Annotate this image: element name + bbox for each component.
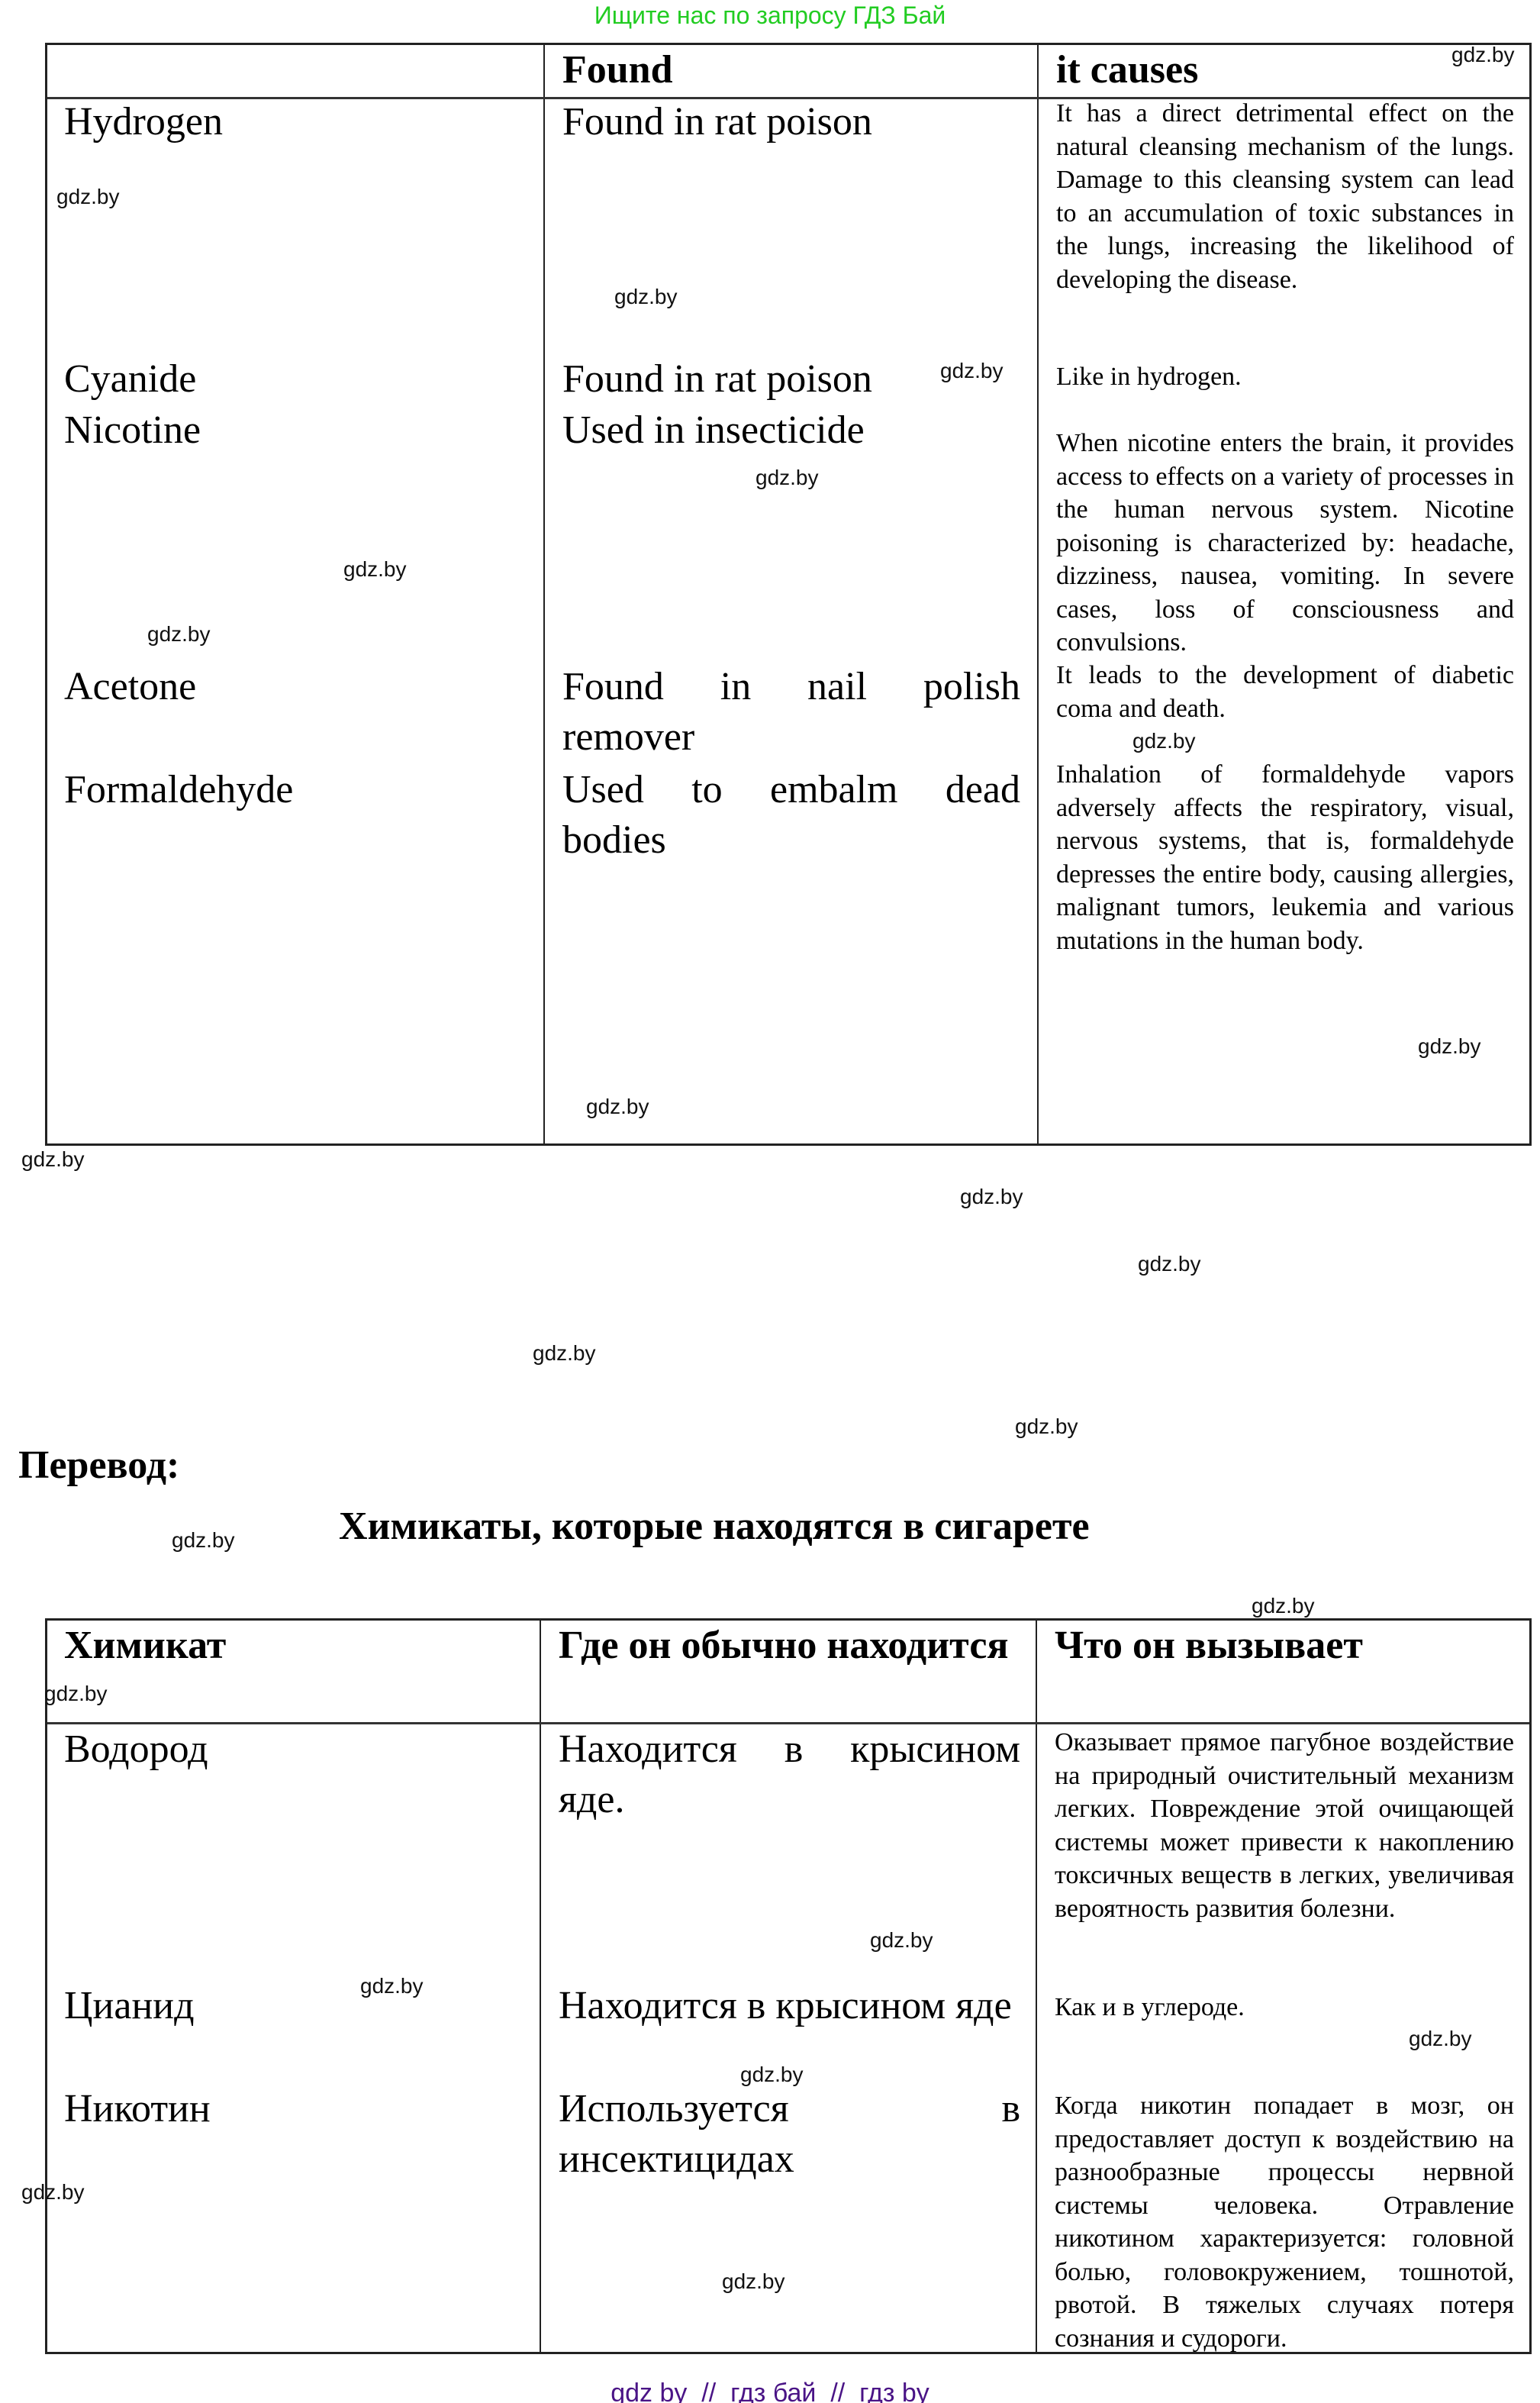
header-it-causes: it causes [1056, 45, 1198, 95]
found-formaldehyde: Used to embalm dead bodies [562, 765, 1020, 866]
watermark: gdz.by [614, 285, 678, 309]
watermark: gdz.by [343, 557, 407, 582]
watermark: gdz.by [1451, 43, 1515, 67]
causes-formaldehyde: Inhalation of formaldehyde vapors advers… [1056, 758, 1514, 957]
header-chemical: Химикат [64, 1621, 226, 1671]
causes-nicotine: When nicotine enters the brain, it provi… [1056, 427, 1514, 660]
chemical-cianid: Цианид [64, 1981, 195, 2031]
column-divider [1036, 1621, 1037, 2352]
causes-cyanide: Like in hydrogen. [1056, 360, 1514, 394]
causes-vodorod: Оказывает прямое пагубное воздействие на… [1055, 1726, 1514, 1925]
found-nicotine: Used in insecticide [562, 405, 1020, 456]
watermark: gdz.by [44, 1682, 108, 1706]
column-divider [540, 1621, 541, 2352]
watermark: gdz.by [21, 1147, 85, 1172]
chemical-nicotine: Nicotine [64, 405, 201, 456]
causes-acetone: It leads to the development of diabetic … [1056, 659, 1514, 725]
watermark: gdz.by [870, 1928, 933, 1953]
watermark: gdz.by [360, 1974, 424, 1998]
translation-label: Перевод: [18, 1443, 179, 1488]
chemical-formaldehyde: Formaldehyde [64, 765, 293, 815]
watermark: gdz.by [147, 622, 211, 647]
watermark: gdz.by [586, 1095, 649, 1119]
found-nikotin: Используется в инсектицидах [559, 2084, 1020, 2185]
english-chemicals-table: Found it causes Hydrogen Cyanide Nicotin… [45, 43, 1532, 1146]
watermark: gdz.by [1409, 2027, 1472, 2051]
watermark: gdz.by [960, 1185, 1023, 1209]
watermark: gdz.by [756, 466, 819, 490]
chemical-vodorod: Водород [64, 1724, 208, 1775]
chemical-nikotin: Никотин [64, 2084, 211, 2134]
watermark: gdz.by [1015, 1414, 1078, 1439]
watermark: gdz.by [940, 359, 1004, 383]
column-divider [1037, 45, 1039, 1143]
russian-chemicals-table: Химикат Где он обычно находится Что он в… [45, 1618, 1532, 2354]
found-hydrogen: Found in rat poison [562, 97, 1020, 147]
causes-hydrogen: It has a direct detrimental effect on th… [1056, 97, 1514, 296]
watermark: gdz.by [1252, 1594, 1315, 1618]
column-divider [543, 45, 545, 1143]
header-where-found: Где он обычно находится [559, 1621, 1020, 1671]
search-banner: Ищите нас по запросу ГДЗ Бай [0, 2, 1540, 30]
found-acetone: Found in nail polish remover [562, 662, 1020, 763]
footer-links: gdz by // гдз бай // гдз by [0, 2379, 1540, 2403]
watermark: gdz.by [740, 2063, 804, 2087]
header-what-it-causes: Что он вызывает [1055, 1621, 1363, 1671]
watermark: gdz.by [56, 185, 120, 209]
causes-nikotin: Когда никотин попадает в мозг, он предос… [1055, 2089, 1514, 2355]
found-cianid: Находится в крысином яде [559, 1981, 1020, 2031]
watermark: gdz.by [533, 1341, 596, 1366]
watermark: gdz.by [1138, 1252, 1201, 1276]
watermark: gdz.by [1132, 729, 1196, 753]
watermark: gdz.by [21, 2180, 85, 2205]
found-vodorod: Находится в крысином яде. [559, 1724, 1020, 1825]
header-found: Found [562, 45, 673, 95]
chemical-acetone: Acetone [64, 662, 196, 712]
watermark: gdz.by [172, 1528, 235, 1553]
causes-cianid: Как и в углероде. [1055, 1991, 1514, 2024]
translation-title: Химикаты, которые находятся в сигарете [339, 1504, 1090, 1549]
chemical-cyanide: Cyanide [64, 354, 196, 405]
watermark: gdz.by [722, 2269, 785, 2294]
watermark: gdz.by [1418, 1034, 1481, 1059]
chemical-hydrogen: Hydrogen [64, 97, 223, 147]
